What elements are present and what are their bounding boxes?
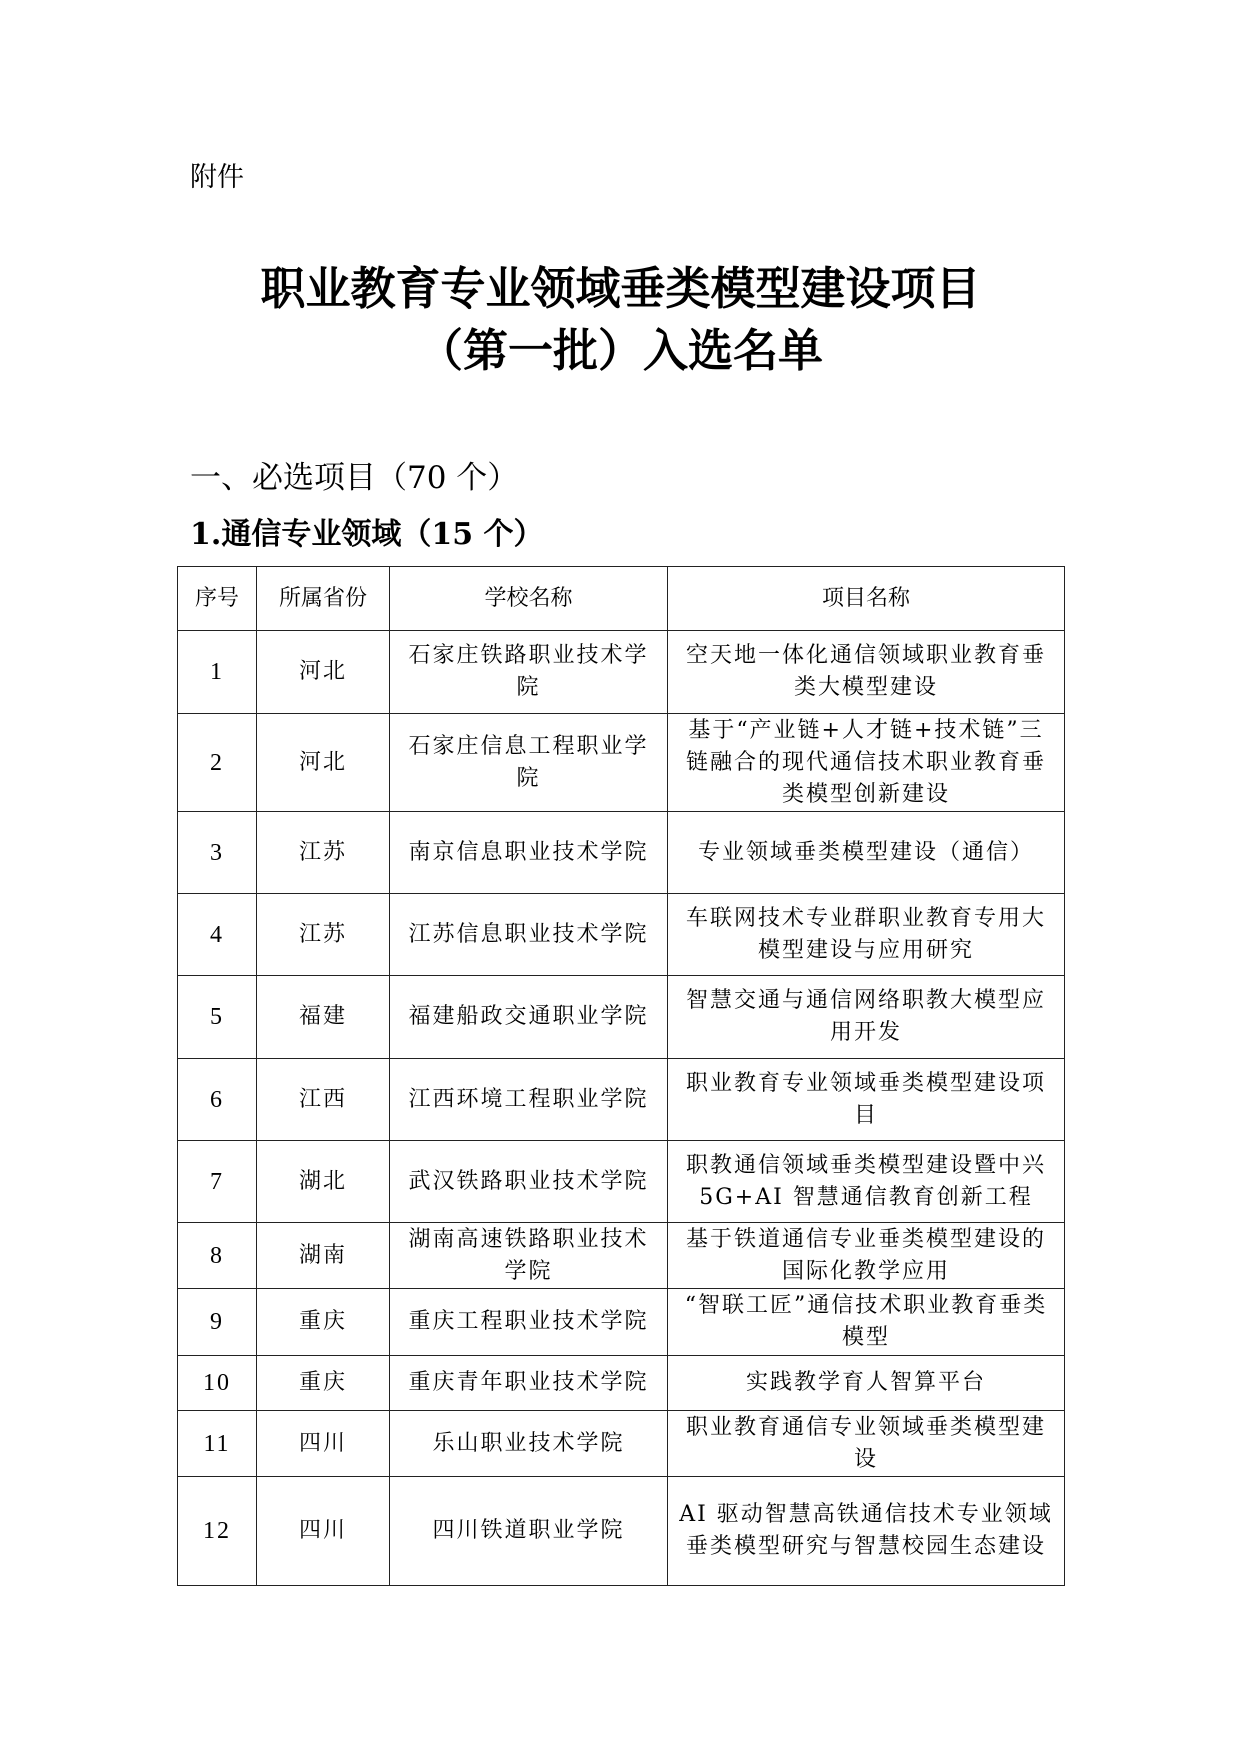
cell-no: 2 [178,714,257,812]
cell-project: AI 驱动智慧高铁通信技术专业领域垂类模型研究与智慧校园生态建设 [668,1477,1065,1586]
cell-no: 11 [178,1411,257,1477]
cell-province: 四川 [257,1411,390,1477]
cell-school: 湖南高速铁路职业技术学院 [390,1223,668,1289]
cell-province: 河北 [257,714,390,812]
table-row: 3江苏南京信息职业技术学院专业领域垂类模型建设（通信） [178,812,1065,894]
table-header-row: 序号 所属省份 学校名称 项目名称 [178,567,1065,631]
title-line-1: 职业教育专业领域垂类模型建设项目 [0,258,1241,320]
cell-no: 4 [178,894,257,976]
selection-table: 序号 所属省份 学校名称 项目名称 1河北石家庄铁路职业技术学院空天地一体化通信… [177,566,1065,1586]
subsection-heading: 1.通信专业领域（15 个） [190,515,544,555]
table-row: 1河北石家庄铁路职业技术学院空天地一体化通信领域职业教育垂类大模型建设 [178,631,1065,714]
cell-project: 基于“产业链+人才链+技术链”三链融合的现代通信技术职业教育垂类模型创新建设 [668,714,1065,812]
cell-no: 3 [178,812,257,894]
header-province: 所属省份 [257,567,390,631]
table-row: 12四川四川铁道职业学院AI 驱动智慧高铁通信技术专业领域垂类模型研究与智慧校园… [178,1477,1065,1586]
cell-project: 基于铁道通信专业垂类模型建设的国际化教学应用 [668,1223,1065,1289]
cell-no: 9 [178,1289,257,1356]
page-title: 职业教育专业领域垂类模型建设项目 （第一批）入选名单 [0,258,1241,382]
table-row: 7湖北武汉铁路职业技术学院职教通信领域垂类模型建设暨中兴 5G+AI 智慧通信教… [178,1141,1065,1223]
table-row: 5福建福建船政交通职业学院智慧交通与通信网络职教大模型应用开发 [178,976,1065,1059]
cell-province: 重庆 [257,1289,390,1356]
cell-province: 江苏 [257,894,390,976]
cell-project: 职业教育通信专业领域垂类模型建设 [668,1411,1065,1477]
table-row: 9重庆重庆工程职业技术学院“智联工匠”通信技术职业教育垂类模型 [178,1289,1065,1356]
document-page: 附件 职业教育专业领域垂类模型建设项目 （第一批）入选名单 一、必选项目（70 … [0,0,1241,1754]
cell-project: 空天地一体化通信领域职业教育垂类大模型建设 [668,631,1065,714]
cell-province: 江苏 [257,812,390,894]
cell-school: 江苏信息职业技术学院 [390,894,668,976]
cell-province: 河北 [257,631,390,714]
cell-no: 10 [178,1356,257,1411]
cell-province: 湖南 [257,1223,390,1289]
cell-province: 湖北 [257,1141,390,1223]
table-row: 8湖南湖南高速铁路职业技术学院基于铁道通信专业垂类模型建设的国际化教学应用 [178,1223,1065,1289]
cell-project: 实践教学育人智算平台 [668,1356,1065,1411]
cell-no: 6 [178,1059,257,1141]
attachment-label: 附件 [190,160,244,196]
cell-province: 重庆 [257,1356,390,1411]
cell-province: 四川 [257,1477,390,1586]
cell-school: 南京信息职业技术学院 [390,812,668,894]
cell-school: 乐山职业技术学院 [390,1411,668,1477]
cell-project: 智慧交通与通信网络职教大模型应用开发 [668,976,1065,1059]
cell-school: 石家庄信息工程职业学院 [390,714,668,812]
table-row: 11四川乐山职业技术学院职业教育通信专业领域垂类模型建设 [178,1411,1065,1477]
table-row: 10重庆重庆青年职业技术学院实践教学育人智算平台 [178,1356,1065,1411]
cell-school: 石家庄铁路职业技术学院 [390,631,668,714]
cell-school: 四川铁道职业学院 [390,1477,668,1586]
cell-project: 职业教育专业领域垂类模型建设项目 [668,1059,1065,1141]
cell-school: 重庆青年职业技术学院 [390,1356,668,1411]
cell-project: 职教通信领域垂类模型建设暨中兴 5G+AI 智慧通信教育创新工程 [668,1141,1065,1223]
cell-project: 车联网技术专业群职业教育专用大模型建设与应用研究 [668,894,1065,976]
cell-school: 福建船政交通职业学院 [390,976,668,1059]
table-row: 2河北石家庄信息工程职业学院基于“产业链+人才链+技术链”三链融合的现代通信技术… [178,714,1065,812]
header-no: 序号 [178,567,257,631]
cell-no: 8 [178,1223,257,1289]
table-row: 6江西江西环境工程职业学院职业教育专业领域垂类模型建设项目 [178,1059,1065,1141]
cell-school: 武汉铁路职业技术学院 [390,1141,668,1223]
cell-school: 重庆工程职业技术学院 [390,1289,668,1356]
cell-no: 1 [178,631,257,714]
header-project: 项目名称 [668,567,1065,631]
cell-no: 5 [178,976,257,1059]
cell-province: 江西 [257,1059,390,1141]
cell-no: 12 [178,1477,257,1586]
cell-no: 7 [178,1141,257,1223]
title-line-2: （第一批）入选名单 [0,320,1241,382]
table-row: 4江苏江苏信息职业技术学院车联网技术专业群职业教育专用大模型建设与应用研究 [178,894,1065,976]
section-heading: 一、必选项目（70 个） [190,458,518,498]
cell-province: 福建 [257,976,390,1059]
cell-school: 江西环境工程职业学院 [390,1059,668,1141]
cell-project: “智联工匠”通信技术职业教育垂类模型 [668,1289,1065,1356]
cell-project: 专业领域垂类模型建设（通信） [668,812,1065,894]
header-school: 学校名称 [390,567,668,631]
